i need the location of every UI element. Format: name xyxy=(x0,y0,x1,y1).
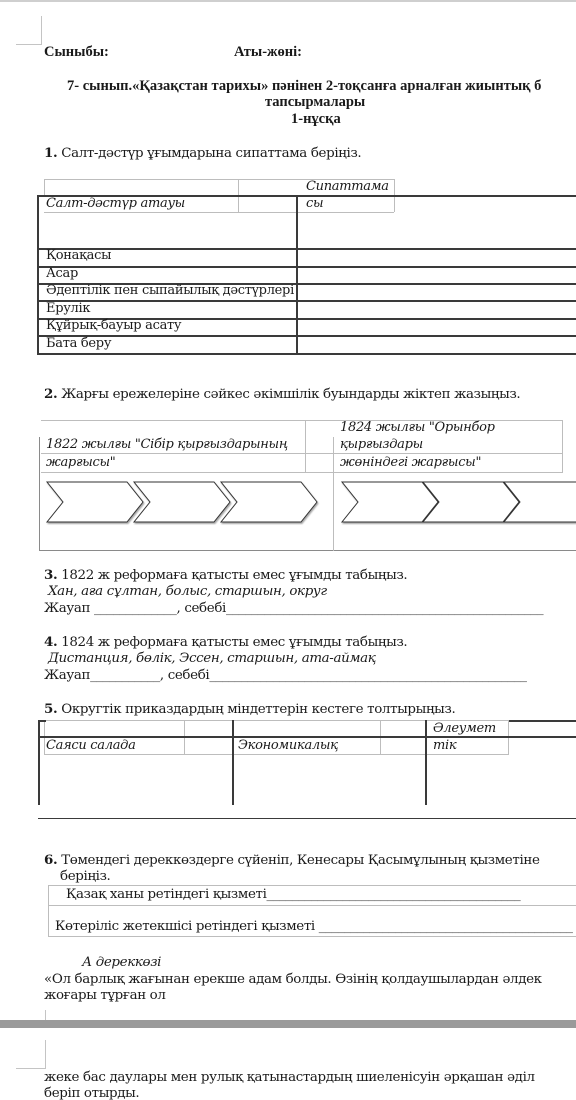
page-corner-mark xyxy=(16,16,42,45)
q1-col-header-name: Салт-дәстүр атауы xyxy=(46,196,185,211)
q1-col-header-desc: Сипаттама xyxy=(306,179,389,194)
q3-answer-label: Жауап xyxy=(44,601,90,616)
q2-number: 2. xyxy=(44,386,57,402)
q5-col-social: Әлеумет xyxy=(433,721,496,736)
q3-answer-blank[interactable]: _____________ xyxy=(94,601,177,616)
q3-number: 3. xyxy=(44,567,57,583)
chevron-arrow-shape xyxy=(221,482,317,522)
q6-khan-blank[interactable]: ________________________________________ xyxy=(267,887,521,902)
q2-text: Жарғы ережелеріне сәйкес әкімшілік буынд… xyxy=(57,387,520,402)
q1-row-rule xyxy=(37,266,576,268)
q2-header-right-rule xyxy=(562,420,563,472)
q1-prompt: 1. Салт-дәстүр ұғымдарына сипаттама бері… xyxy=(44,145,361,161)
q1-row-label: Бата беру xyxy=(46,336,111,351)
q2-prompt: 2. Жарғы ережелеріне сәйкес әкімшілік бу… xyxy=(44,386,520,402)
source-text-cont: жоғары тұрған ол xyxy=(44,988,166,1003)
q1-col-header-desc-cont: сы xyxy=(306,196,323,211)
q2-table-bottom xyxy=(39,550,576,551)
q4-answer-blank[interactable]: ___________ xyxy=(90,668,160,683)
q1-table-left xyxy=(37,195,39,354)
q6-leader-blank[interactable]: ________________________________________ xyxy=(319,919,573,934)
q3-options: Хан, аға сұлтан, болыс, старшын, округ xyxy=(48,584,327,599)
q4-answer-line: Жауап___________, себебі________________… xyxy=(44,668,527,683)
q6-box-bottom xyxy=(48,936,576,937)
q2-right-header-cont2: жөніндегі жарғысы" xyxy=(340,455,481,470)
q1-row-label: Асар xyxy=(46,266,78,281)
q5-col-social-cont: тік xyxy=(433,738,456,753)
q5-text: Округтік приказдардың міндеттерін кестег… xyxy=(57,702,455,717)
page-corner-mark xyxy=(16,1040,46,1069)
name-label: Аты-жөні: xyxy=(234,44,302,61)
q5-prompt: 5. Округтік приказдардың міндеттерін кес… xyxy=(44,701,455,717)
q2-left-header-cont: жарғысы" xyxy=(46,455,115,470)
q2-right-header-cont: қырғыздары xyxy=(340,437,423,452)
q4-reason-blank[interactable]: ________________________________________… xyxy=(209,668,526,683)
q5-col-economic: Экономикалық xyxy=(238,738,338,753)
page-break xyxy=(0,1020,576,1028)
q5-col-political: Саяси салада xyxy=(46,738,136,753)
q1-row-label: Құйрық-бауыр асату xyxy=(46,318,181,333)
q6-box-left xyxy=(48,885,49,936)
q5-table-bottom xyxy=(38,818,576,819)
q4-answer-label: Жауап xyxy=(44,668,90,683)
q1-text: Салт-дәстүр ұғымдарына сипаттама беріңіз… xyxy=(57,146,361,161)
q5-table-left xyxy=(38,720,40,805)
q5-col-divider xyxy=(232,720,234,805)
q2-right-header: 1824 жылғы "Орынбор xyxy=(340,420,495,435)
page-top-edge xyxy=(0,0,576,2)
q2-header-col-rule xyxy=(305,420,306,472)
q4-prompt: 4. 1824 ж реформаға қатысты емес ұғымды … xyxy=(44,634,407,650)
q3-answer-line: Жауап _____________, себебі_____________… xyxy=(44,601,543,616)
q6-prompt-cont: беріңіз. xyxy=(60,869,110,884)
page-title: 7- сынып.«Қазақстан тарихы» пәнінен 2-то… xyxy=(67,78,541,95)
q1-row-rule xyxy=(37,300,576,302)
chevron-arrow-shape xyxy=(47,482,143,522)
q5-table-top-right xyxy=(509,720,576,722)
next-page-text: жеке бас даулары мен рулық қатынастардың… xyxy=(44,1070,535,1085)
q1-table-col-divider xyxy=(296,195,298,354)
class-label: Сыныбы: xyxy=(44,44,109,61)
page-title-line2: тапсырмалары xyxy=(265,94,365,111)
source-text: «Ол барлық жағынан ерекше адам болды. Өз… xyxy=(44,972,542,987)
q1-header-left-rule xyxy=(44,179,45,195)
q6-box-mid xyxy=(48,905,576,906)
chevron-arrow-shape xyxy=(134,482,230,522)
q2-left-header: 1822 жылғы "Сібір қырғыздарының xyxy=(46,437,288,452)
q4-options: Дистанция, бөлік, Эссен, старшын, ата-ай… xyxy=(48,651,376,666)
q5-number: 5. xyxy=(44,701,57,717)
q5-header-bottom-rule xyxy=(44,754,509,755)
q2-chevron-flow xyxy=(0,478,576,538)
source-title: А дереккөзі xyxy=(82,955,161,970)
q4-number: 4. xyxy=(44,634,57,650)
q6-prompt: 6. Төмендегі дереккөздерге сүйеніп, Кене… xyxy=(44,852,540,868)
q1-row-label: Қонақасы xyxy=(46,248,111,263)
q1-row-rule xyxy=(37,335,576,337)
q4-reason-label: , себебі xyxy=(160,668,209,683)
q3-reason-blank[interactable]: ________________________________________… xyxy=(226,601,543,616)
chevron-arrow-shape xyxy=(342,482,438,522)
q2-header-mid-rule xyxy=(41,453,563,454)
q2-header-bottom-rule xyxy=(41,472,563,473)
q3-text: 1822 ж реформаға қатысты емес ұғымды таб… xyxy=(57,568,407,583)
q1-row-label: Әдептілік пен сыпайылық дәстүрлері xyxy=(46,283,294,298)
q6-box-top xyxy=(48,885,576,886)
q6-text: Төмендегі дереккөздерге сүйеніп, Кенесар… xyxy=(57,853,539,868)
next-page-text-cont: беріп отырды. xyxy=(44,1086,139,1100)
q3-prompt: 3. 1822 ж реформаға қатысты емес ұғымды … xyxy=(44,567,407,583)
q5-col-divider xyxy=(425,720,427,805)
q1-header-bottom-rule xyxy=(44,212,394,213)
q6-row-leader: Көтеріліс жетекшісі ретіндегі қызметі __… xyxy=(55,919,573,934)
q1-row-label: Ерулік xyxy=(46,301,90,316)
q5-table-top-stub xyxy=(40,720,46,722)
q4-text: 1824 ж реформаға қатысты емес ұғымды таб… xyxy=(57,635,407,650)
q6-row-khan: Қазақ ханы ретіндегі қызметі____________… xyxy=(66,887,520,902)
q1-table-bottom xyxy=(37,353,576,355)
variant-label: 1-нұсқа xyxy=(291,111,341,128)
q6-khan-label: Қазақ ханы ретіндегі қызметі xyxy=(66,887,267,902)
q6-number: 6. xyxy=(44,852,57,868)
q6-leader-label: Көтеріліс жетекшісі ретіндегі қызметі xyxy=(55,919,315,934)
q1-row-rule xyxy=(37,248,576,250)
q1-number: 1. xyxy=(44,145,57,161)
q3-reason-label: , себебі xyxy=(177,601,226,616)
